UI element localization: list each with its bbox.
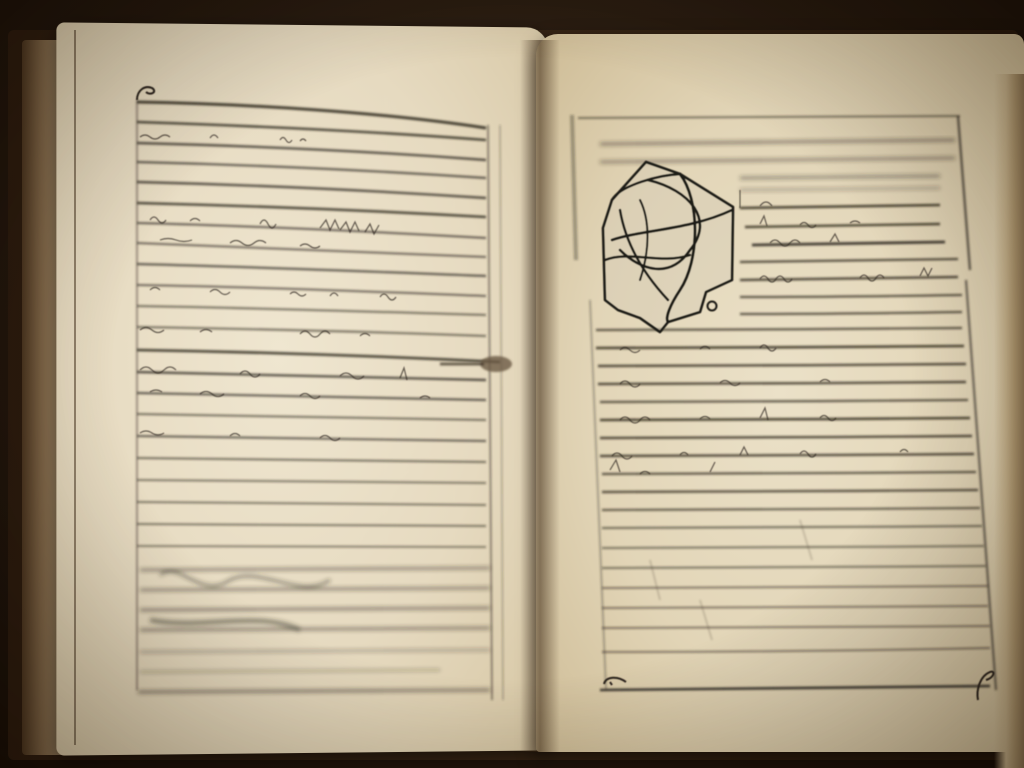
left-page-blurred-lines xyxy=(138,568,490,692)
pencil-marks xyxy=(650,520,812,640)
notebook-photo xyxy=(0,0,1024,768)
polyhedron-sketch-icon xyxy=(603,162,733,332)
left-corner-glyph xyxy=(137,87,154,100)
ink-layer xyxy=(0,0,1024,768)
